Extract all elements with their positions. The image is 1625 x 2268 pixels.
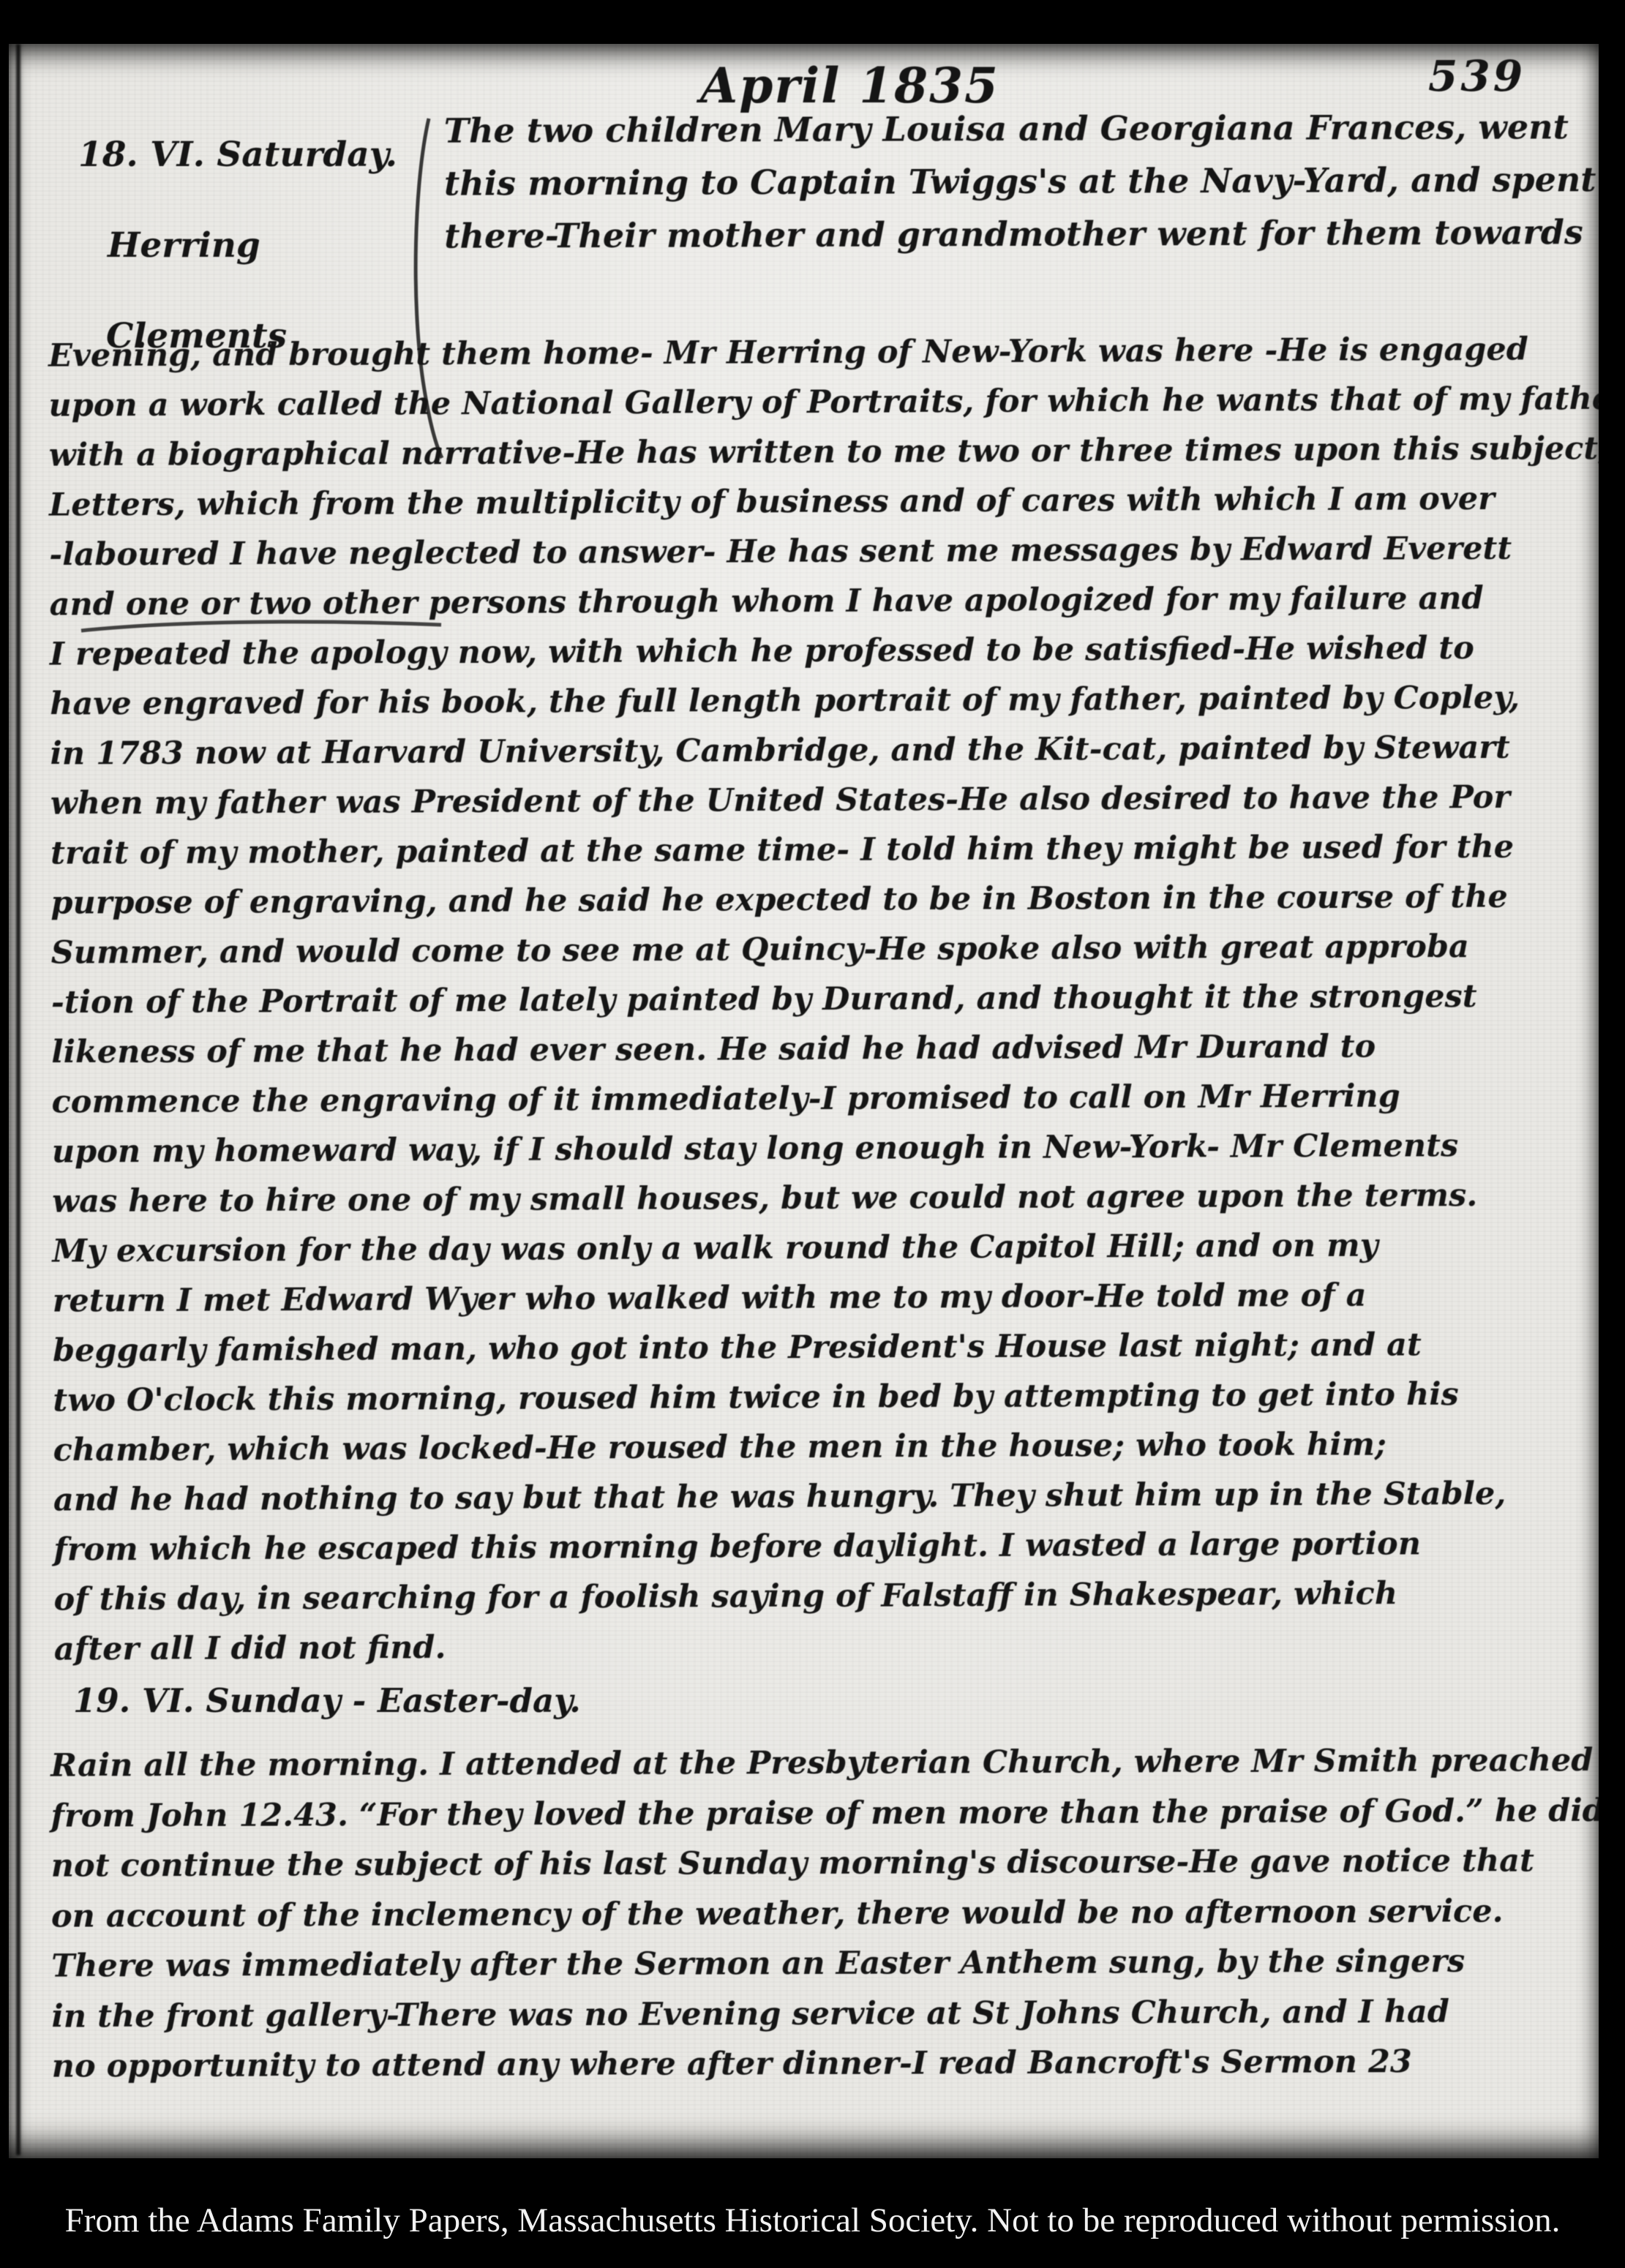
manuscript-line: in the front gallery-There was no Evenin…: [51, 1986, 1588, 2042]
manuscript-line: purpose of engraving, and he said he exp…: [50, 871, 1587, 928]
entry-april19-body: Rain all the morning. I attended at the …: [50, 1735, 1588, 2092]
manuscript-line: two O'clock this morning, roused him twi…: [53, 1369, 1589, 1425]
manuscript-line: there-Their mother and grandmother went …: [444, 206, 1585, 262]
margin-note-line: 18. VI. Saturday.: [78, 110, 397, 200]
manuscript-line: in 1783 now at Harvard University, Cambr…: [50, 722, 1586, 778]
archive-credit-line: From the Adams Family Papers, Massachuse…: [0, 2201, 1625, 2240]
manuscript-line: The two children Mary Louisa and Georgia…: [444, 100, 1585, 157]
book-spine-shadow: [16, 44, 20, 2155]
manuscript-line: beggarly famished man, who got into the …: [53, 1319, 1589, 1375]
manuscript-line: I repeated the apology now, with which h…: [50, 623, 1586, 679]
manuscript-line: and he had nothing to say but that he wa…: [53, 1468, 1590, 1525]
manuscript-line: after all I did not find.: [54, 1618, 1591, 1674]
scan-black-border: { "document": { "header": { "date": "Apr…: [0, 0, 1625, 2268]
margin-note-line: Herring: [78, 200, 397, 291]
manuscript-line: chamber, which was locked-He roused the …: [53, 1419, 1590, 1475]
manuscript-line: -tion of the Portrait of me lately paint…: [51, 971, 1588, 1027]
manuscript-line: on account of the inclemency of the weat…: [51, 1886, 1588, 1942]
manuscript-line: -laboured I have neglected to answer- He…: [49, 523, 1585, 579]
entry-april19-heading: 19. VI. Sunday - Easter-day.: [73, 1681, 581, 1720]
manuscript-line: Summer, and would come to see me at Quin…: [51, 921, 1588, 977]
manuscript-line: from John 12.43. “For they loved the pra…: [50, 1786, 1587, 1841]
manuscript-line: with a biographical narrative-He has wri…: [49, 424, 1585, 480]
entry-april18-opening: The two children Mary Louisa and Georgia…: [444, 100, 1586, 262]
manuscript-line: Rain all the morning. I attended at the …: [50, 1735, 1587, 1791]
manuscript-line: this morning to Captain Twiggs's at the …: [444, 153, 1585, 209]
manuscript-line: and one or two other persons through who…: [49, 573, 1585, 629]
manuscript-line: no opportunity to attend any where after…: [52, 2036, 1588, 2092]
manuscript-line: There was immediately after the Sermon a…: [51, 1936, 1588, 1991]
manuscript-line: commence the engraving of it immediately…: [51, 1070, 1588, 1127]
manuscript-page: April 1835 539 18. VI. Saturday. Herring…: [9, 44, 1599, 2158]
manuscript-line: was here to hire one of my small houses,…: [52, 1170, 1588, 1226]
manuscript-line: trait of my mother, painted at the same …: [50, 822, 1587, 878]
manuscript-line: My excursion for the day was only a walk…: [52, 1220, 1588, 1276]
manuscript-line: return I met Edward Wyer who walked with…: [53, 1269, 1589, 1326]
manuscript-line: not continue the subject of his last Sun…: [51, 1836, 1588, 1891]
page-number: 539: [1428, 51, 1525, 101]
manuscript-line: have engraved for his book, the full len…: [50, 672, 1586, 729]
manuscript-line: likeness of me that he had ever seen. He…: [51, 1021, 1588, 1077]
manuscript-line: of this day, in searching for a foolish …: [53, 1568, 1590, 1624]
manuscript-line: when my father was President of the Unit…: [50, 772, 1587, 828]
manuscript-line: Letters, which from the multiplicity of …: [49, 473, 1585, 530]
entry-april18-body: Evening, and brought them home- Mr Herri…: [48, 324, 1591, 1674]
manuscript-line: upon a work called the National Gallery …: [48, 374, 1585, 430]
manuscript-line: Evening, and brought them home- Mr Herri…: [48, 324, 1585, 380]
manuscript-line: from which he escaped this morning befor…: [53, 1518, 1590, 1574]
manuscript-line: upon my homeward way, if I should stay l…: [52, 1120, 1588, 1176]
